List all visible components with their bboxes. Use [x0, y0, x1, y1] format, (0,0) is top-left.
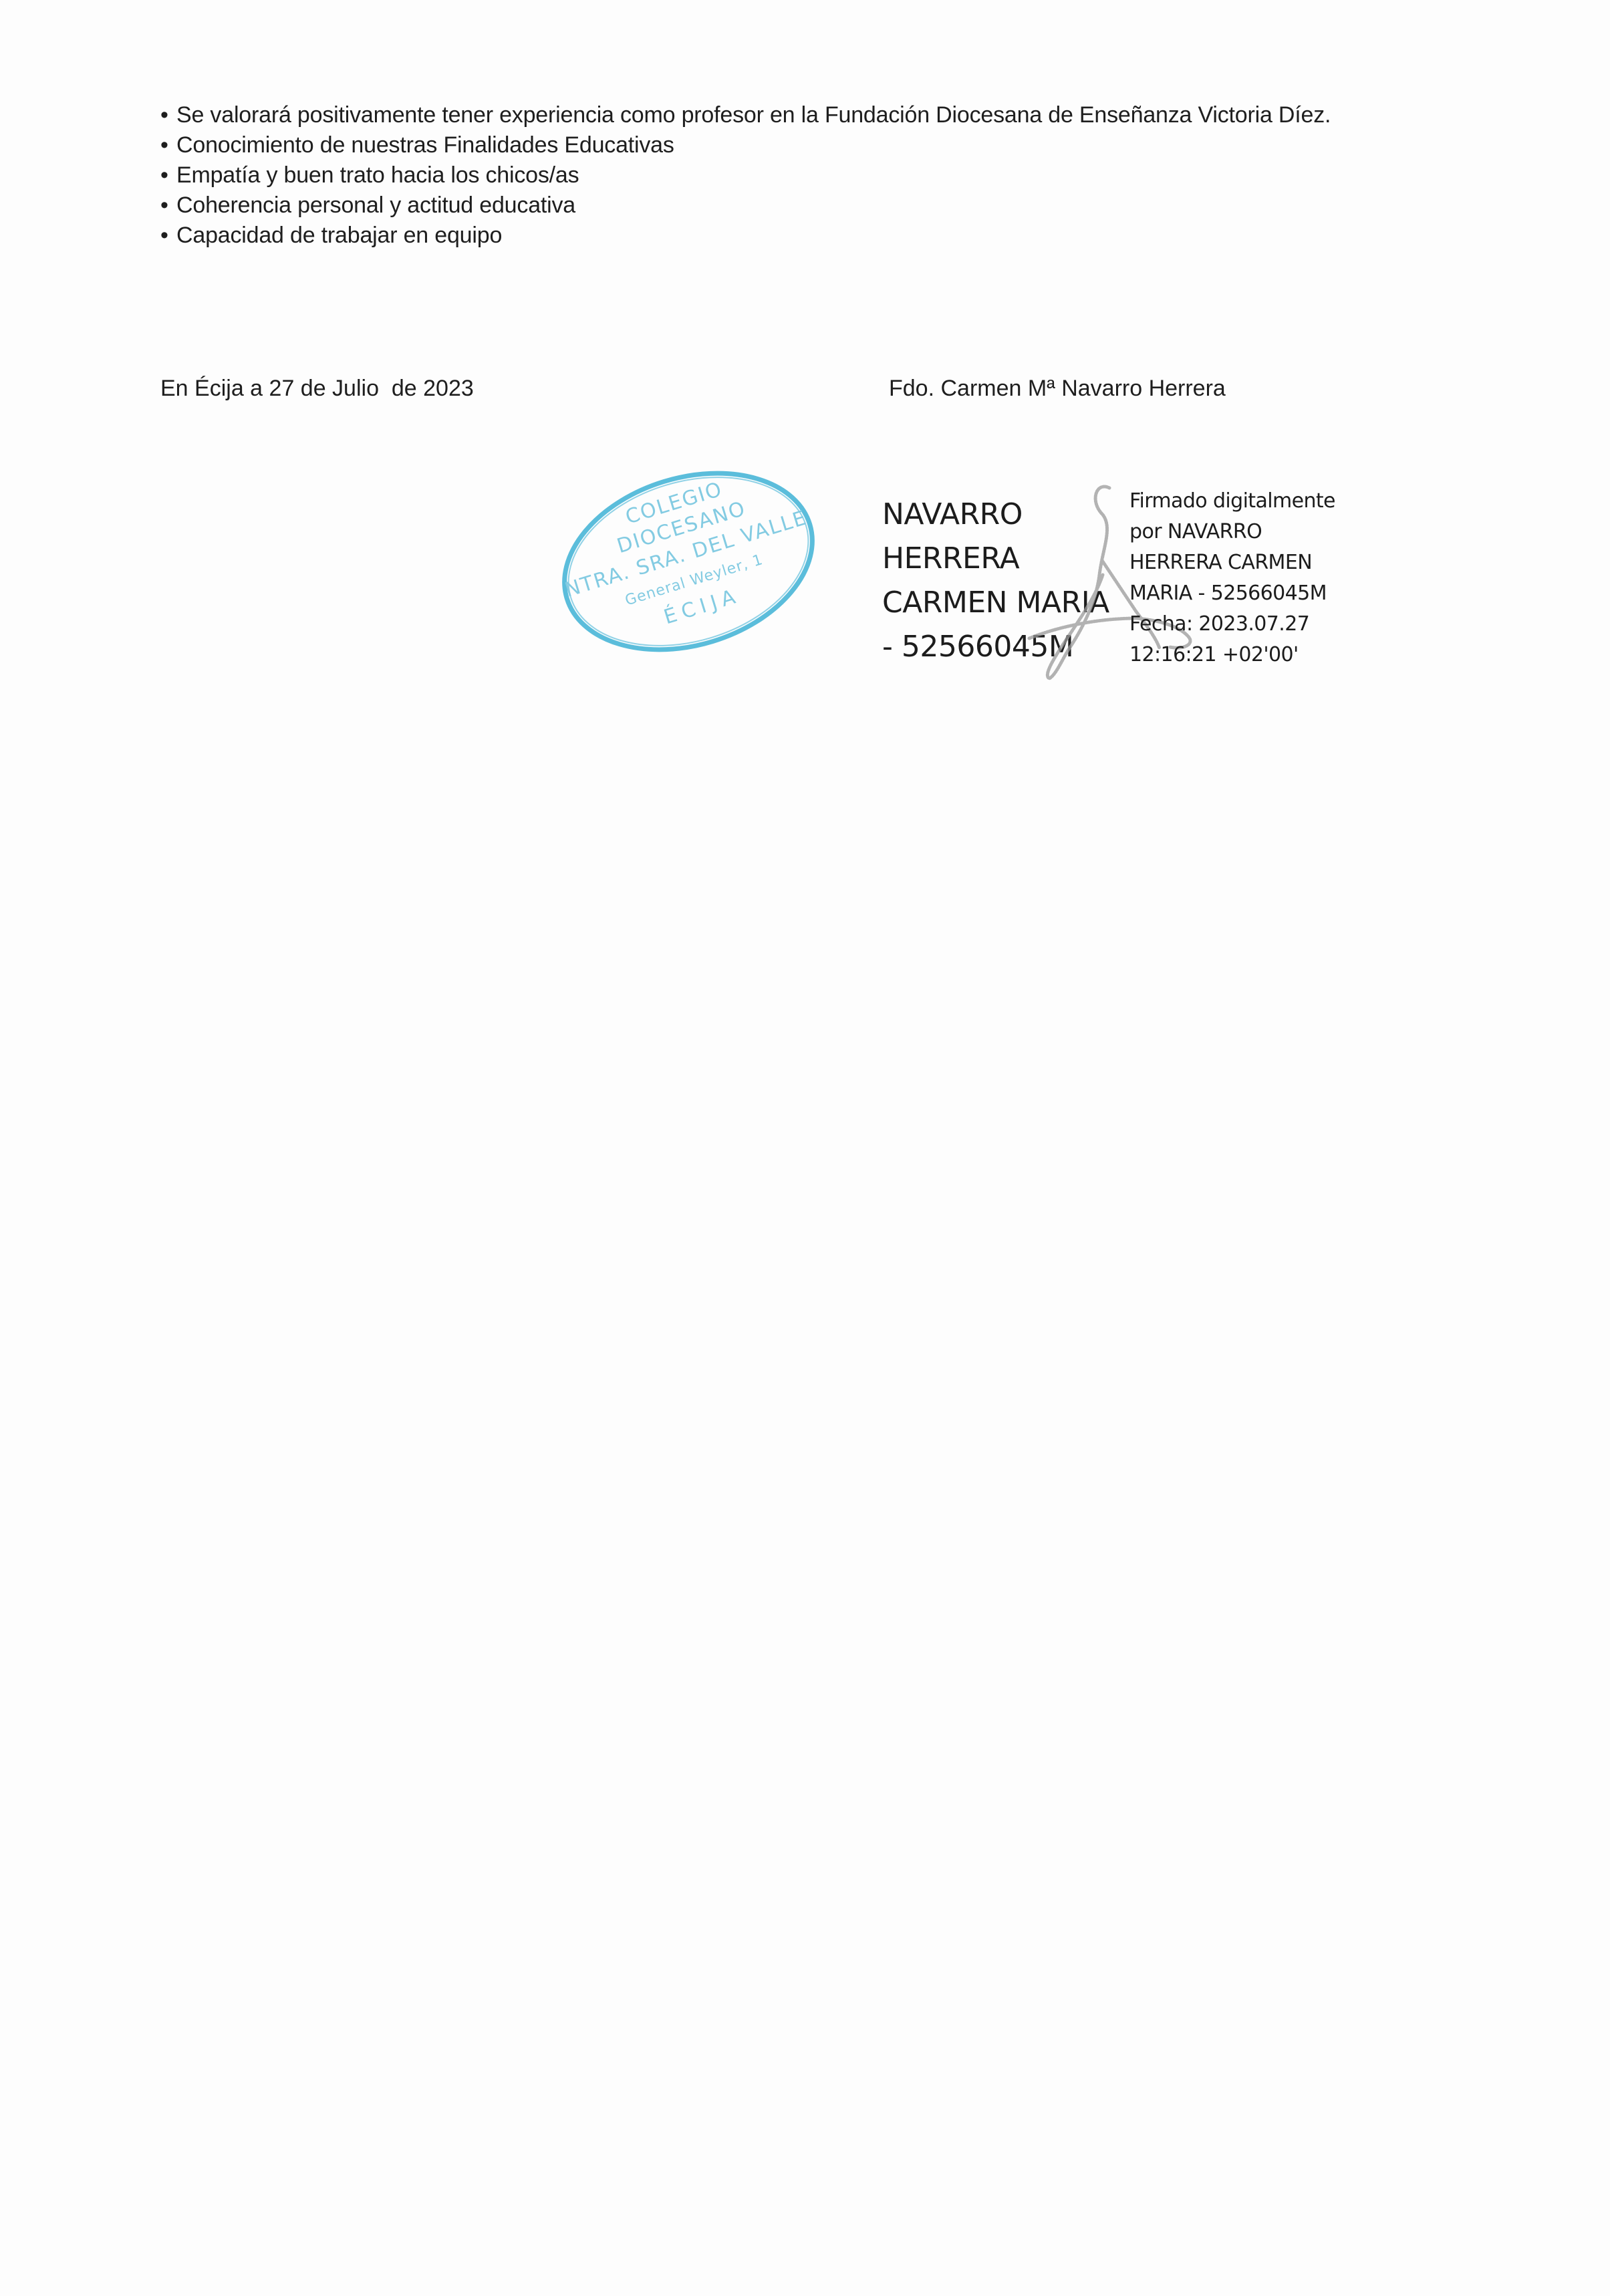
signature-name-line: HERRERA [882, 537, 1136, 581]
requirement-text: Conocimiento de nuestras Finalidades Edu… [176, 132, 674, 158]
requirement-item: •Empatía y buen trato hacia los chicos/a… [160, 160, 1470, 190]
signature-name-line: CARMEN MARIA [882, 581, 1136, 625]
signature-detail-line: HERRERA CARMEN [1129, 547, 1335, 578]
bullet-icon: • [160, 100, 176, 130]
signed-by-line: Fdo. Carmen Mª Navarro Herrera [889, 374, 1226, 404]
signature-detail-line: Fecha: 2023.07.27 [1129, 609, 1335, 640]
signature-name-line: - 52566045M [882, 625, 1136, 669]
requirement-text: Se valorará positivamente tener experien… [176, 102, 1331, 128]
requirements-list: •Se valorará positivamente tener experie… [160, 100, 1470, 251]
requirement-item: •Se valorará positivamente tener experie… [160, 100, 1470, 130]
bullet-icon: • [160, 160, 176, 190]
signature-detail-line: 12:16:21 +02'00' [1129, 640, 1335, 670]
signature-name-block: NAVARRO HERRERA CARMEN MARIA - 52566045M [882, 493, 1136, 669]
bullet-icon: • [160, 221, 176, 251]
place-and-date: En Écija a 27 de Julio de 2023 [160, 374, 474, 404]
digital-signature-details: Firmado digitalmente por NAVARRO HERRERA… [1129, 486, 1335, 670]
requirement-text: Empatía y buen trato hacia los chicos/as [176, 162, 579, 188]
signature-detail-line: MARIA - 52566045M [1129, 578, 1335, 609]
requirement-text: Coherencia personal y actitud educativa [176, 193, 575, 218]
requirement-text: Capacidad de trabajar en equipo [176, 223, 502, 248]
bullet-icon: • [160, 190, 176, 221]
school-stamp: COLEGIO DIOCESANO NTRA. SRA. DEL VALLE G… [548, 455, 829, 668]
signature-detail-line: Firmado digitalmente [1129, 486, 1335, 517]
requirement-item: •Conocimiento de nuestras Finalidades Ed… [160, 130, 1470, 160]
signature-name-line: NAVARRO [882, 493, 1136, 537]
requirement-item: •Coherencia personal y actitud educativa [160, 190, 1470, 221]
signature-detail-line: por NAVARRO [1129, 517, 1335, 547]
requirement-item: •Capacidad de trabajar en equipo [160, 221, 1470, 251]
bullet-icon: • [160, 130, 176, 160]
document-page: •Se valorará positivamente tener experie… [0, 0, 1610, 2296]
